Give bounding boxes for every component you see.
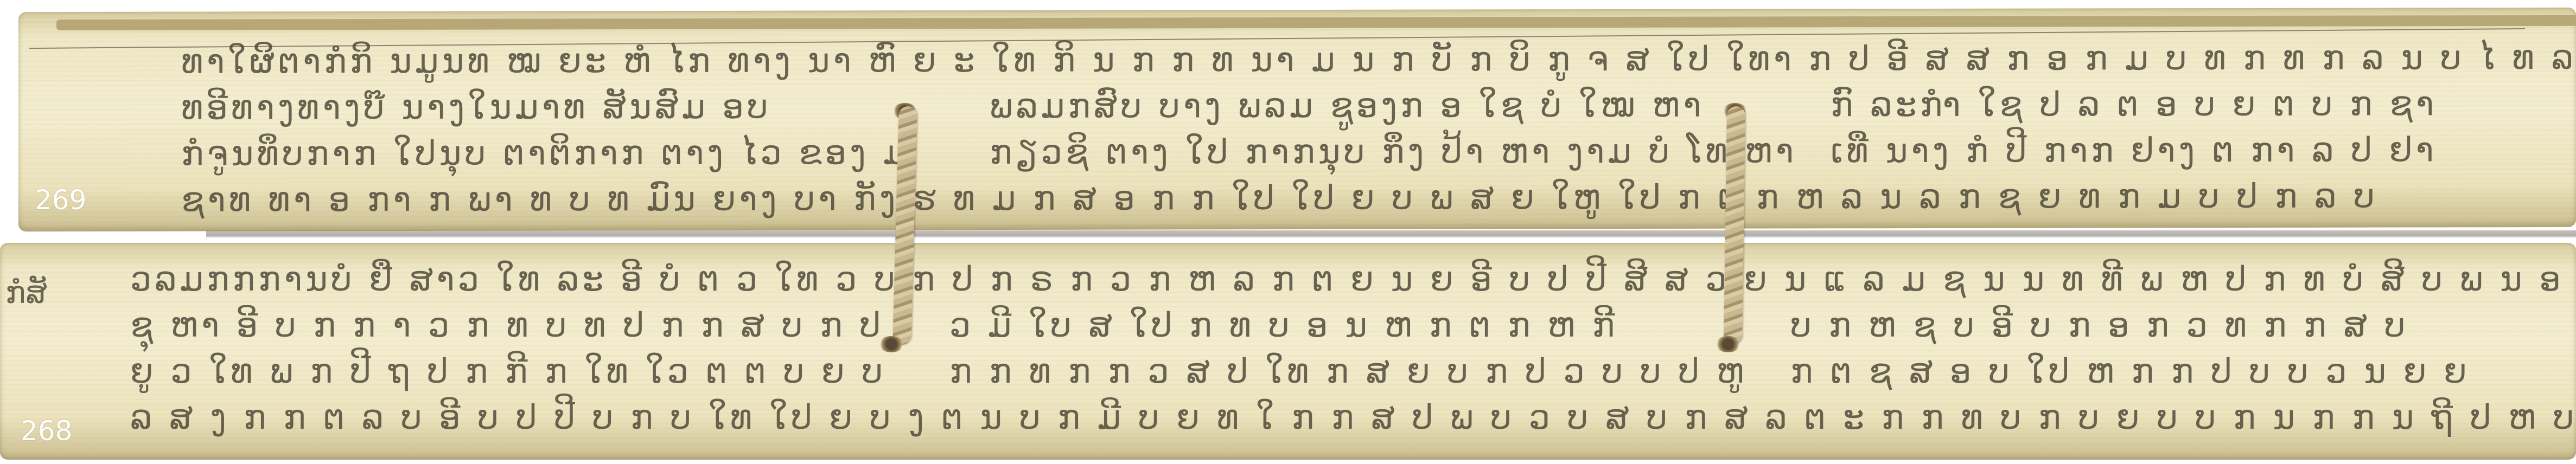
underlying-leaf-edge bbox=[56, 15, 2576, 30]
text-line-3b: ກຽວຊິ ຕາງ ໃປ ກາກນຸບ ກຶງ ປ້າ ຫາ ງາມ ບໍ ໂທ… bbox=[990, 131, 1797, 172]
binding-hole bbox=[879, 336, 904, 352]
text-line-2c: ກົ ລະກຳ ໃຊ ປ ລ ຕ ອ ບ ຍ ຕ ບ ກ ຊາ bbox=[1831, 83, 2437, 124]
folio-number: 268 bbox=[21, 415, 72, 447]
text-line-3a: ຍູ ວ ໃທ ພ ກ ປີ ຖ ປ ກ ກີ ກ ໃທ ໃວ ຕ ຕ ບ ຍ … bbox=[130, 351, 886, 391]
margin-annotation: ກໍສັ bbox=[5, 275, 47, 311]
text-line-3c: ກ ຕ ຊ ສ ອ ບ ໃປ ຫ ກ ກ ປ ບ ບ ວ ນ ຍ ຍ bbox=[1790, 351, 2470, 391]
text-line-1: ທາໃຜິຕາກໍກິ ນມູນທ ໝ ຍະ ຫໍ ໄກ ທາງ ນາ ຫົ ຍ… bbox=[181, 37, 2576, 81]
text-line-4: ຊາທ ທາ ອ ກາ ກ ພາ ທ ບ ທ ມົນ ຍາງ ບາ ກັງ ຮ … bbox=[181, 176, 2378, 220]
palm-leaf-folio-269: ທາໃຜິຕາກໍກິ ນມູນທ ໝ ຍະ ຫໍ ໄກ ທາງ ນາ ຫົ ຍ… bbox=[18, 8, 2576, 231]
text-line-3c: ເທື ນາງ ກໍ ປີ ກາກ ຢາງ ຕ ກາ ລ ປ ຢາ bbox=[1831, 130, 2437, 170]
text-line-2b: ວ ມີ ໃບ ສ ໃປ ກ ທ ບ ອ ນ ຫ ກ ຕ ກ ຫ ກີ bbox=[949, 305, 1618, 345]
binding-hole bbox=[1716, 336, 1740, 352]
text-line-2a: ຊຸ ຫາ ອີ ບ ກ ກ າ ວ ກ ທ ບ ທ ປ ກ ກ ສ ບ ກ ປ bbox=[130, 305, 884, 345]
palm-leaf-folio-268: ກໍສັ ວລມກກການບໍ ຢື ສາວ ໃທ ລະ ອີ ບໍ ຕ ວ ໃ… bbox=[0, 243, 2576, 460]
binding-twine bbox=[1724, 106, 1745, 345]
text-line-2c: ບ ກ ຫ ຊ ບ ອີ ບ ກ ອ ກ ວ ທ ກ ກ ສ ບ bbox=[1790, 305, 2409, 345]
text-line-2b: ພລມກສົບ ບາງ ພລມ ຊູອງກ ອ ໃຊ ບໍ ໃໝ ຫາ bbox=[990, 85, 1705, 126]
text-line-3a: ກໍຈູນທຶບກາກ ໃປນຸບ ຕາຕິກາກ ຕາງ ໄວ ຂອງ ມ bbox=[181, 132, 910, 173]
text-line-3b: ກ ກ ທ ກ ກ ວ ສ ປ ໃທ ກ ສ ຍ ບ ກ ປ ວ ບ ບ ປ ຫ… bbox=[949, 351, 1748, 391]
text-line-1: ວລມກກການບໍ ຢື ສາວ ໃທ ລະ ອີ ບໍ ຕ ວ ໃທ ວ ບ… bbox=[130, 259, 2576, 299]
text-line-2a: ທອີທາງທາງບ໊ ນາງໃນມາທ ສັນສົມ ອບ bbox=[181, 87, 771, 127]
leaf-gap-shadow bbox=[206, 230, 2576, 243]
folio-number: 269 bbox=[35, 184, 86, 216]
text-line-4: ລ ສ ງ ກ ກ ຕ ລ ບ ອີ ບ ປ ປີ ບ ກ ບ ໃທ ໃປ ຍ … bbox=[130, 397, 2576, 437]
